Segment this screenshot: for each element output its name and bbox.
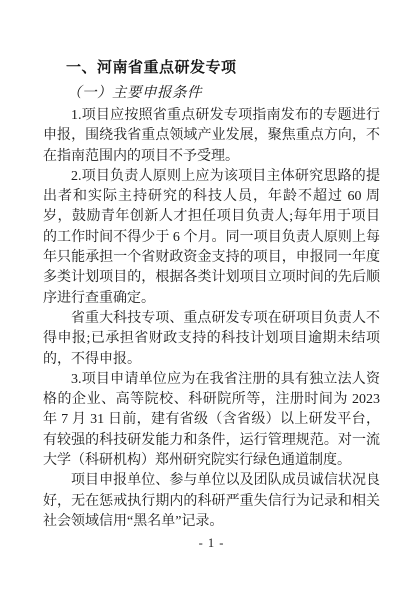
paragraph-2: 2.项目负责人原则上应为该项目主体研究思路的提出者和实际主持研究的科技人员，年龄… xyxy=(43,167,380,309)
paragraph-3: 省重大科技专项、重点研发专项在研项目负责人不得申报;已承担省财政支持的科技计划项… xyxy=(43,309,380,370)
paragraph-1: 1.项目应按照省重点研发专项指南发布的专题进行申报，围绕我省重点领域产业发展，聚… xyxy=(43,106,380,167)
page-number: - 1 - xyxy=(43,536,380,551)
paragraph-5: 项目申报单位、参与单位以及团队成员诚信状况良好，无在惩戒执行期内的科研严重失信行… xyxy=(43,471,380,532)
subsection-heading: （一）主要申报条件 xyxy=(43,83,380,103)
document-page: 一、河南省重点研发专项 （一）主要申报条件 1.项目应按照省重点研发专项指南发布… xyxy=(0,0,419,595)
paragraph-4: 3.项目申请单位应为在我省注册的具有独立法人资格的企业、高等院校、科研院所等，注… xyxy=(43,370,380,471)
section-heading: 一、河南省重点研发专项 xyxy=(43,57,380,79)
document-content: 一、河南省重点研发专项 （一）主要申报条件 1.项目应按照省重点研发专项指南发布… xyxy=(43,57,380,532)
